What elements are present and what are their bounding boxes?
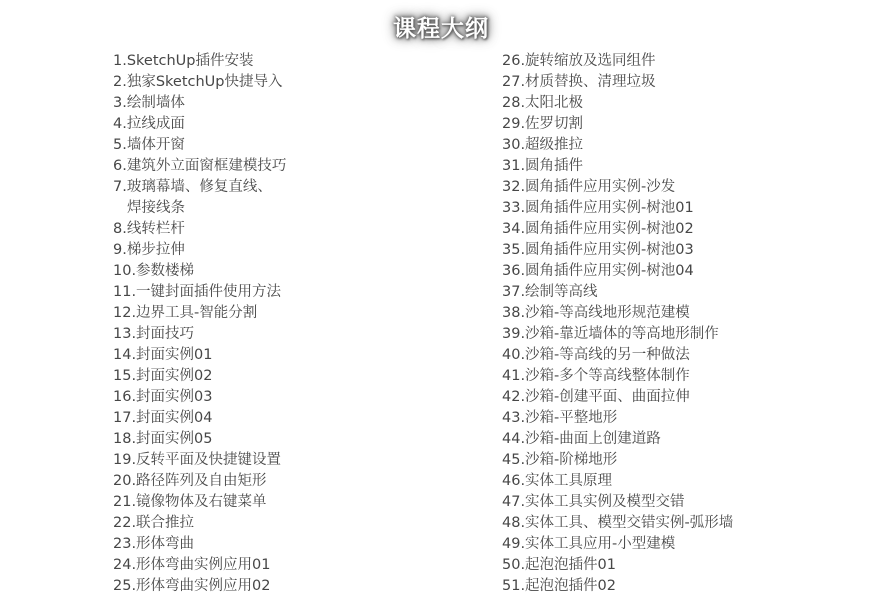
- outline-item-label: 35.圆角插件应用实例-树池03: [502, 242, 694, 258]
- outline-item-label: 40.沙箱-等高线的另一种做法: [502, 347, 690, 363]
- outline-item: 34.圆角插件应用实例-树池02: [502, 219, 862, 240]
- outline-item-label: 31.圆角插件: [502, 158, 583, 174]
- outline-item-label: 30.超级推拉: [502, 137, 583, 153]
- outline-item-label: 29.佐罗切割: [502, 116, 583, 132]
- outline-item: 24.形体弯曲实例应用01: [113, 555, 473, 576]
- outline-item: 9.梯步拉伸: [113, 240, 473, 261]
- outline-item-label: 33.圆角插件应用实例-树池01: [502, 200, 694, 216]
- outline-item: 18.封面实例05: [113, 429, 473, 450]
- outline-left-column: 1.SketchUp插件安装 2.独家SketchUp快捷导入 3.绘制墙体 4…: [113, 51, 473, 597]
- outline-item: 29.佐罗切割: [502, 114, 862, 135]
- outline-item-label: 2.独家SketchUp快捷导入: [113, 74, 283, 90]
- outline-item: 46.实体工具原理: [502, 471, 862, 492]
- outline-item: 1.SketchUp插件安装: [113, 51, 473, 72]
- outline-item: 42.沙箱-创建平面、曲面拉伸: [502, 387, 862, 408]
- outline-item-label: 6.建筑外立面窗框建模技巧: [113, 158, 286, 174]
- outline-item-label: 3.绘制墙体: [113, 95, 185, 111]
- outline-item: 48.实体工具、模型交错实例-弧形墙: [502, 513, 862, 534]
- outline-item: 40.沙箱-等高线的另一种做法: [502, 345, 862, 366]
- outline-item-label: 41.沙箱-多个等高线整体制作: [502, 368, 690, 384]
- outline-item-label: 18.封面实例05: [113, 431, 213, 447]
- outline-item-label: 39.沙箱-靠近墙体的等高地形制作: [502, 326, 719, 342]
- outline-item: 30.超级推拉: [502, 135, 862, 156]
- outline-item: 15.封面实例02: [113, 366, 473, 387]
- outline-item-label: 21.镜像物体及右键菜单: [113, 494, 267, 510]
- outline-item: 7.玻璃幕墙、修复直线、焊接线条: [113, 177, 473, 219]
- outline-item-label: 13.封面技巧: [113, 326, 194, 342]
- outline-item-label: 20.路径阵列及自由矩形: [113, 473, 267, 489]
- outline-item: 20.路径阵列及自由矩形: [113, 471, 473, 492]
- outline-item-label: 47.实体工具实例及模型交错: [502, 494, 685, 510]
- outline-item-label: 38.沙箱-等高线地形规范建模: [502, 305, 690, 321]
- outline-item: 11.一键封面插件使用方法: [113, 282, 473, 303]
- outline-item-label: 36.圆角插件应用实例-树池04: [502, 263, 694, 279]
- outline-item-continuation: 焊接线条: [113, 198, 473, 219]
- outline-item-label: 45.沙箱-阶梯地形: [502, 452, 617, 468]
- outline-item-label: 50.起泡泡插件01: [502, 557, 616, 573]
- outline-item-label: 32.圆角插件应用实例-沙发: [502, 179, 675, 195]
- page-title: 课程大纲: [0, 10, 882, 43]
- outline-item: 33.圆角插件应用实例-树池01: [502, 198, 862, 219]
- outline-item-label: 34.圆角插件应用实例-树池02: [502, 221, 694, 237]
- outline-item-label: 23.形体弯曲: [113, 536, 194, 552]
- outline-item-label: 49.实体工具应用-小型建模: [502, 536, 675, 552]
- outline-item-label: 11.一键封面插件使用方法: [113, 284, 281, 300]
- outline-item: 43.沙箱-平整地形: [502, 408, 862, 429]
- outline-item: 4.拉线成面: [113, 114, 473, 135]
- outline-item-label: 15.封面实例02: [113, 368, 213, 384]
- outline-item: 36.圆角插件应用实例-树池04: [502, 261, 862, 282]
- outline-item: 21.镜像物体及右键菜单: [113, 492, 473, 513]
- outline-item: 47.实体工具实例及模型交错: [502, 492, 862, 513]
- outline-item-label: 25.形体弯曲实例应用02: [113, 578, 271, 594]
- outline-item-label: 16.封面实例03: [113, 389, 213, 405]
- outline-item: 38.沙箱-等高线地形规范建模: [502, 303, 862, 324]
- outline-item-label: 19.反转平面及快捷键设置: [113, 452, 281, 468]
- outline-item-label: 9.梯步拉伸: [113, 242, 185, 258]
- outline-item-label: 17.封面实例04: [113, 410, 213, 426]
- outline-item-label: 37.绘制等高线: [502, 284, 598, 300]
- outline-item-label: 48.实体工具、模型交错实例-弧形墙: [502, 515, 733, 531]
- outline-item: 41.沙箱-多个等高线整体制作: [502, 366, 862, 387]
- outline-item: 39.沙箱-靠近墙体的等高地形制作: [502, 324, 862, 345]
- outline-item-label: 8.线转栏杆: [113, 221, 185, 237]
- outline-item-label: 5.墙体开窗: [113, 137, 185, 153]
- outline-item-label: 10.参数楼梯: [113, 263, 194, 279]
- outline-item: 14.封面实例01: [113, 345, 473, 366]
- outline-item: 45.沙箱-阶梯地形: [502, 450, 862, 471]
- outline-item: 37.绘制等高线: [502, 282, 862, 303]
- outline-item: 22.联合推拉: [113, 513, 473, 534]
- outline-item-label: 28.太阳北极: [502, 95, 583, 111]
- outline-item: 19.反转平面及快捷键设置: [113, 450, 473, 471]
- outline-item: 16.封面实例03: [113, 387, 473, 408]
- outline-item: 35.圆角插件应用实例-树池03: [502, 240, 862, 261]
- outline-item-label: 27.材质替换、清理垃圾: [502, 74, 656, 90]
- outline-item-label: 4.拉线成面: [113, 116, 185, 132]
- outline-item-label: 12.边界工具-智能分割: [113, 305, 257, 321]
- outline-item: 51.起泡泡插件02: [502, 576, 862, 597]
- outline-item: 50.起泡泡插件01: [502, 555, 862, 576]
- outline-item: 8.线转栏杆: [113, 219, 473, 240]
- outline-item: 44.沙箱-曲面上创建道路: [502, 429, 862, 450]
- outline-item-label: 7.玻璃幕墙、修复直线、: [113, 179, 272, 195]
- outline-item-label: 26.旋转缩放及选同组件: [502, 53, 656, 69]
- outline-item: 13.封面技巧: [113, 324, 473, 345]
- outline-item: 23.形体弯曲: [113, 534, 473, 555]
- outline-item-label: 51.起泡泡插件02: [502, 578, 616, 594]
- outline-item: 10.参数楼梯: [113, 261, 473, 282]
- outline-item: 3.绘制墙体: [113, 93, 473, 114]
- outline-item-label: 44.沙箱-曲面上创建道路: [502, 431, 661, 447]
- outline-item: 27.材质替换、清理垃圾: [502, 72, 862, 93]
- outline-item: 25.形体弯曲实例应用02: [113, 576, 473, 597]
- outline-item-label: 46.实体工具原理: [502, 473, 612, 489]
- outline-item-label: 1.SketchUp插件安装: [113, 53, 254, 69]
- outline-item-label: 22.联合推拉: [113, 515, 194, 531]
- outline-item-label: 43.沙箱-平整地形: [502, 410, 617, 426]
- outline-item: 31.圆角插件: [502, 156, 862, 177]
- outline-item: 28.太阳北极: [502, 93, 862, 114]
- outline-item: 26.旋转缩放及选同组件: [502, 51, 862, 72]
- outline-item: 5.墙体开窗: [113, 135, 473, 156]
- outline-item: 12.边界工具-智能分割: [113, 303, 473, 324]
- outline-item: 17.封面实例04: [113, 408, 473, 429]
- outline-right-column: 26.旋转缩放及选同组件 27.材质替换、清理垃圾 28.太阳北极 29.佐罗切…: [502, 51, 862, 597]
- outline-item: 49.实体工具应用-小型建模: [502, 534, 862, 555]
- outline-item-label: 24.形体弯曲实例应用01: [113, 557, 271, 573]
- outline-item: 6.建筑外立面窗框建模技巧: [113, 156, 473, 177]
- outline-item: 2.独家SketchUp快捷导入: [113, 72, 473, 93]
- outline-item-label: 42.沙箱-创建平面、曲面拉伸: [502, 389, 690, 405]
- outline-item: 32.圆角插件应用实例-沙发: [502, 177, 862, 198]
- outline-item-label: 14.封面实例01: [113, 347, 213, 363]
